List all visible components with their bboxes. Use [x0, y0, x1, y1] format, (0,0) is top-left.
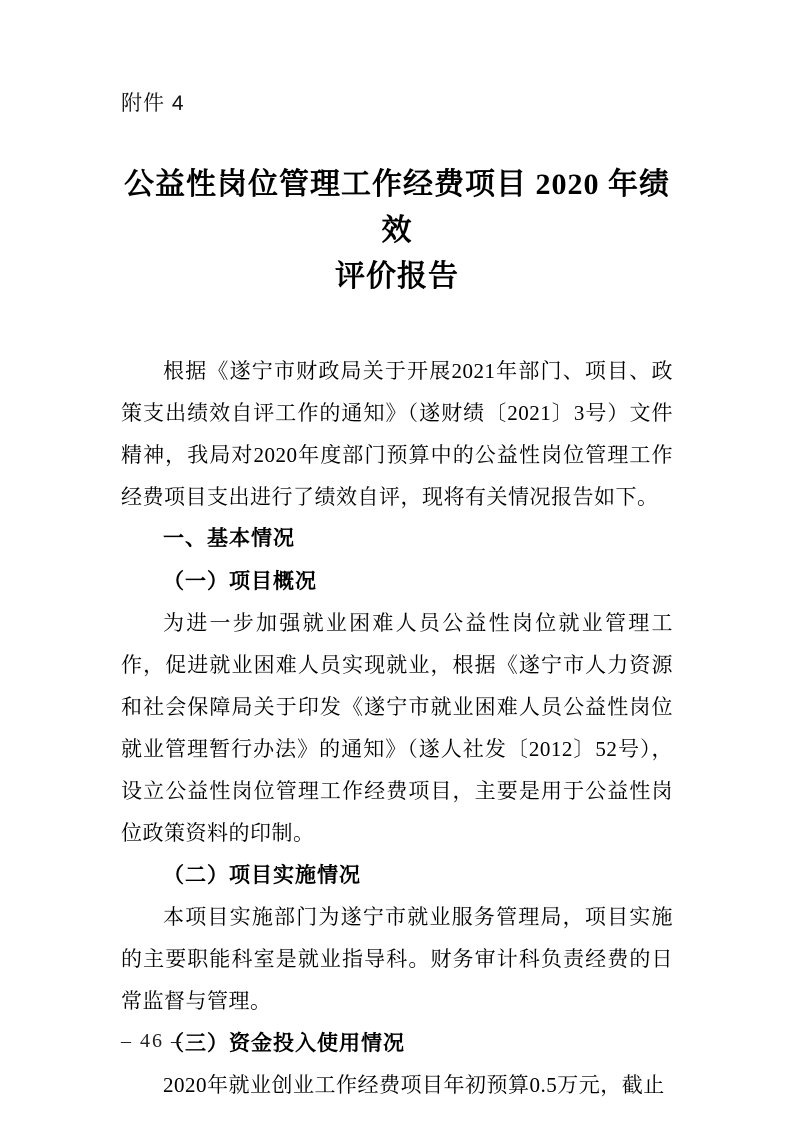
- document-title: 公益性岗位管理工作经费项目 2020 年绩效 评价报告: [121, 162, 673, 300]
- document-body: 根据《遂宁市财政局关于开展2021年部门、项目、政策支出绩效自评工作的通知》（遂…: [121, 350, 673, 1106]
- heading-funding-usage: （三）资金投入使用情况: [121, 1022, 673, 1064]
- attachment-label: 附件 4: [121, 90, 673, 118]
- page-number: – 46 –: [121, 1030, 183, 1053]
- document-title-line-1: 公益性岗位管理工作经费项目 2020 年绩效: [121, 162, 673, 254]
- heading-project-implementation: （二）项目实施情况: [121, 854, 673, 896]
- document-page: 附件 4 公益性岗位管理工作经费项目 2020 年绩效 评价报告 根据《遂宁市财…: [0, 0, 793, 1122]
- heading-basic-info: 一、基本情况: [121, 518, 673, 560]
- paragraph-project-overview: 为进一步加强就业困难人员公益性岗位就业管理工作，促进就业困难人员实现就业，根据《…: [121, 602, 673, 854]
- document-title-line-2: 评价报告: [121, 254, 673, 300]
- paragraph-project-implementation: 本项目实施部门为遂宁市就业服务管理局，项目实施的主要职能科室是就业指导科。财务审…: [121, 896, 673, 1022]
- paragraph-intro: 根据《遂宁市财政局关于开展2021年部门、项目、政策支出绩效自评工作的通知》（遂…: [121, 350, 673, 518]
- paragraph-funding-usage: 2020年就业创业工作经费项目年初预算0.5万元，截止: [121, 1064, 673, 1106]
- heading-project-overview: （一）项目概况: [121, 560, 673, 602]
- document-content: 附件 4 公益性岗位管理工作经费项目 2020 年绩效 评价报告 根据《遂宁市财…: [121, 90, 673, 1106]
